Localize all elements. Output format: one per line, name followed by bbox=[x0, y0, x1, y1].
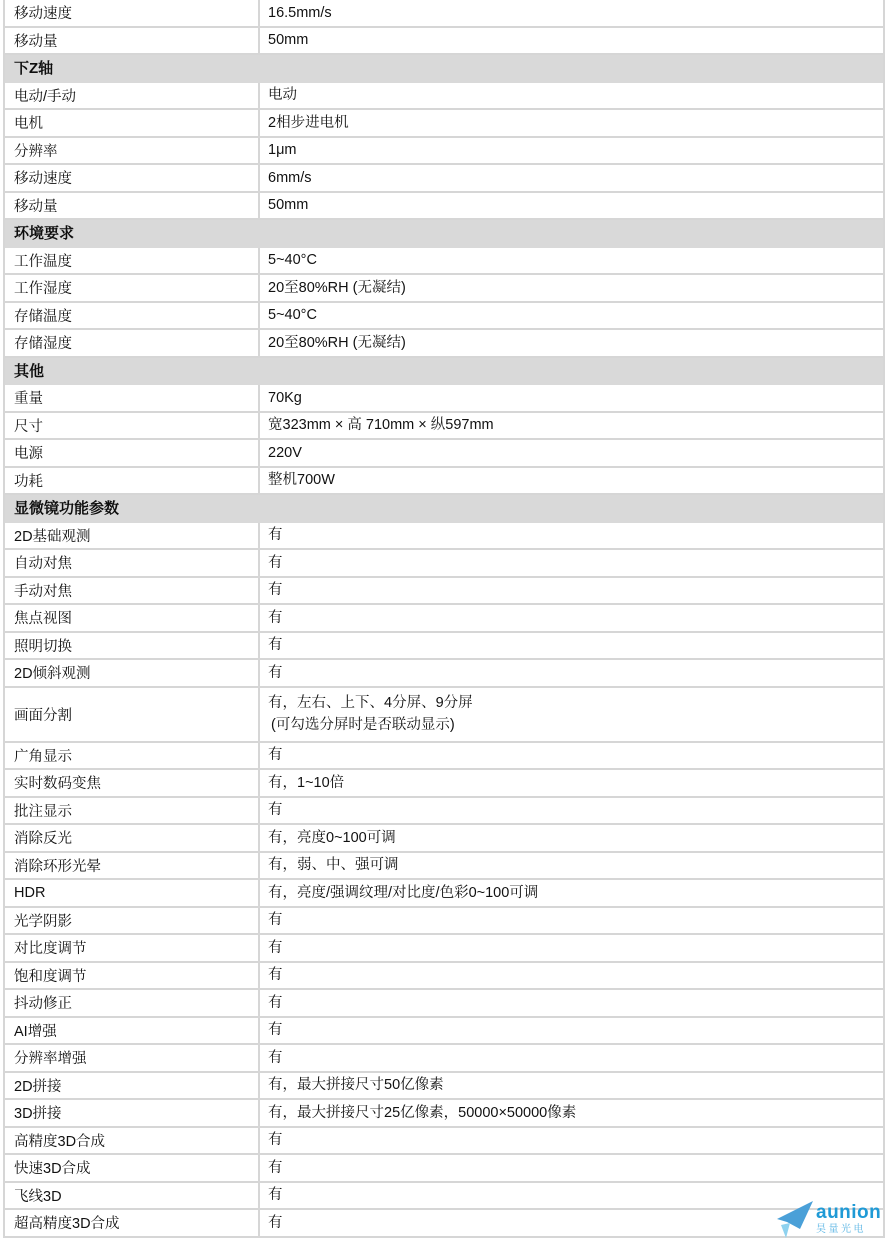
row-value: 有 bbox=[258, 660, 883, 686]
brand-company: 昊量光电 bbox=[816, 1225, 881, 1235]
row-value-text: 宽323mm × 高 710mm × 纵597mm bbox=[268, 414, 883, 436]
section-title: 其他 bbox=[5, 358, 883, 384]
row-value: 5~40°C bbox=[258, 248, 883, 274]
row-label: 自动对焦 bbox=[5, 550, 258, 576]
row-label: 快速3D合成 bbox=[5, 1155, 258, 1181]
row-value-text: 有 bbox=[268, 579, 883, 601]
table-row: 2D拼接有，最大拼接尺寸50亿像素 bbox=[5, 1073, 883, 1101]
row-value: 有 bbox=[258, 523, 883, 549]
row-label: 实时数码变焦 bbox=[5, 770, 258, 796]
table-row: 快速3D合成有 bbox=[5, 1155, 883, 1183]
row-value: 有 bbox=[258, 798, 883, 824]
row-value-text: 有 bbox=[268, 1157, 883, 1179]
row-value-text: 5~40°C bbox=[268, 249, 883, 271]
table-row: 存储温度5~40°C bbox=[5, 303, 883, 331]
row-value-text: 有 bbox=[268, 799, 883, 821]
row-value: 有 bbox=[258, 1155, 883, 1181]
row-value-text-line2: (可勾选分屏时是否联动显示) bbox=[268, 714, 883, 736]
row-label: 工作温度 bbox=[5, 248, 258, 274]
row-value-text: 有 bbox=[268, 909, 883, 931]
table-row: 2D基础观测有 bbox=[5, 523, 883, 551]
row-label: 2D倾斜观测 bbox=[5, 660, 258, 686]
row-value-text: 1μm bbox=[268, 139, 883, 161]
table-row: 工作温度5~40°C bbox=[5, 248, 883, 276]
row-value: 有，最大拼接尺寸50亿像素 bbox=[258, 1073, 883, 1099]
table-row: 消除环形光晕有，弱、中、强可调 bbox=[5, 853, 883, 881]
row-value-text: 有 bbox=[268, 1019, 883, 1041]
brand-logo: aunion 昊量光电 bbox=[776, 1195, 886, 1243]
row-value: 有 bbox=[258, 990, 883, 1016]
row-value-text: 有 bbox=[268, 524, 883, 546]
table-row: 功耗整机700W bbox=[5, 468, 883, 496]
row-value-text: 有，亮度/强调纹理/对比度/色彩0~100可调 bbox=[268, 882, 883, 904]
row-value-text: 有，最大拼接尺寸50亿像素 bbox=[268, 1074, 883, 1096]
row-value: 宽323mm × 高 710mm × 纵597mm bbox=[258, 413, 883, 439]
row-label: 高精度3D合成 bbox=[5, 1128, 258, 1154]
row-value: 5~40°C bbox=[258, 303, 883, 329]
table-row: 高精度3D合成有 bbox=[5, 1128, 883, 1156]
row-label: 移动量 bbox=[5, 193, 258, 219]
row-value-text: 2相步进电机 bbox=[268, 112, 883, 134]
row-value-text: 有 bbox=[268, 607, 883, 629]
row-value-text: 有，1~10倍 bbox=[268, 772, 883, 794]
row-label: 电机 bbox=[5, 110, 258, 136]
table-row: 分辨率1μm bbox=[5, 138, 883, 166]
table-row: 自动对焦有 bbox=[5, 550, 883, 578]
table-row: 电源220V bbox=[5, 440, 883, 468]
row-value: 电动 bbox=[258, 83, 883, 109]
table-row: 移动速度6mm/s bbox=[5, 165, 883, 193]
section-row: 环境要求 bbox=[5, 220, 883, 248]
table-row: 飞线3D有 bbox=[5, 1183, 883, 1211]
row-value-text: 50mm bbox=[268, 29, 883, 51]
table-row: 消除反光有，亮度0~100可调 bbox=[5, 825, 883, 853]
row-label: 移动速度 bbox=[5, 0, 258, 26]
row-value: 整机700W bbox=[258, 468, 883, 494]
row-value-text: 有，左右、上下、4分屏、9分屏 bbox=[268, 692, 883, 714]
row-label: 焦点视图 bbox=[5, 605, 258, 631]
table-row: 3D拼接有，最大拼接尺寸25亿像素，50000×50000像素 bbox=[5, 1100, 883, 1128]
row-value: 70Kg bbox=[258, 385, 883, 411]
table-row: 移动速度16.5mm/s bbox=[5, 0, 883, 28]
table-row: 画面分割有，左右、上下、4分屏、9分屏(可勾选分屏时是否联动显示) bbox=[5, 688, 883, 743]
row-value-text: 6mm/s bbox=[268, 167, 883, 189]
row-value-text: 220V bbox=[268, 442, 883, 464]
section-row: 显微镜功能参数 bbox=[5, 495, 883, 523]
table-row: 实时数码变焦有，1~10倍 bbox=[5, 770, 883, 798]
table-row: 饱和度调节有 bbox=[5, 963, 883, 991]
row-value: 有 bbox=[258, 743, 883, 769]
row-value-text: 有 bbox=[268, 744, 883, 766]
row-label: 光学阴影 bbox=[5, 908, 258, 934]
row-value: 50mm bbox=[258, 28, 883, 54]
table-row: 移动量50mm bbox=[5, 193, 883, 221]
row-label: 电动/手动 bbox=[5, 83, 258, 109]
paper-plane-icon bbox=[776, 1198, 814, 1240]
section-title: 显微镜功能参数 bbox=[5, 495, 883, 521]
row-label: 消除反光 bbox=[5, 825, 258, 851]
row-value-text: 5~40°C bbox=[268, 304, 883, 326]
row-value-text: 有 bbox=[268, 992, 883, 1014]
row-value: 有，左右、上下、4分屏、9分屏(可勾选分屏时是否联动显示) bbox=[258, 688, 883, 741]
row-label: 照明切换 bbox=[5, 633, 258, 659]
row-label: HDR bbox=[5, 880, 258, 906]
row-value: 有 bbox=[258, 1018, 883, 1044]
row-value: 6mm/s bbox=[258, 165, 883, 191]
table-row: HDR有，亮度/强调纹理/对比度/色彩0~100可调 bbox=[5, 880, 883, 908]
row-label: 3D拼接 bbox=[5, 1100, 258, 1126]
table-row: 焦点视图有 bbox=[5, 605, 883, 633]
row-label: 重量 bbox=[5, 385, 258, 411]
row-label: 超高精度3D合成 bbox=[5, 1210, 258, 1236]
row-label: 存储温度 bbox=[5, 303, 258, 329]
row-label: 手动对焦 bbox=[5, 578, 258, 604]
row-value: 有，亮度/强调纹理/对比度/色彩0~100可调 bbox=[258, 880, 883, 906]
row-value: 220V bbox=[258, 440, 883, 466]
row-label: 电源 bbox=[5, 440, 258, 466]
row-value-text: 有，弱、中、强可调 bbox=[268, 854, 883, 876]
row-value: 有，亮度0~100可调 bbox=[258, 825, 883, 851]
row-label: 批注显示 bbox=[5, 798, 258, 824]
row-value: 有 bbox=[258, 633, 883, 659]
table-row: 分辨率增强有 bbox=[5, 1045, 883, 1073]
row-value: 2相步进电机 bbox=[258, 110, 883, 136]
row-label: 消除环形光晕 bbox=[5, 853, 258, 879]
row-value: 有 bbox=[258, 605, 883, 631]
row-label: 2D拼接 bbox=[5, 1073, 258, 1099]
row-value-text: 16.5mm/s bbox=[268, 2, 883, 24]
row-value: 50mm bbox=[258, 193, 883, 219]
row-value: 有，弱、中、强可调 bbox=[258, 853, 883, 879]
table-row: 工作湿度20至80%RH (无凝结) bbox=[5, 275, 883, 303]
row-value-text: 20至80%RH (无凝结) bbox=[268, 332, 883, 354]
row-value: 16.5mm/s bbox=[258, 0, 883, 26]
table-row: 对比度调节有 bbox=[5, 935, 883, 963]
table-row: 存储湿度20至80%RH (无凝结) bbox=[5, 330, 883, 358]
row-value-text: 有 bbox=[268, 634, 883, 656]
row-value-text: 有 bbox=[268, 964, 883, 986]
row-value-text: 有，最大拼接尺寸25亿像素，50000×50000像素 bbox=[268, 1102, 883, 1124]
row-value: 有 bbox=[258, 935, 883, 961]
spec-table: 移动速度16.5mm/s移动量50mm下Z轴电动/手动电动电机2相步进电机分辨率… bbox=[3, 0, 885, 1238]
section-title: 环境要求 bbox=[5, 220, 883, 246]
table-row: 重量70Kg bbox=[5, 385, 883, 413]
row-label: 尺寸 bbox=[5, 413, 258, 439]
row-value: 20至80%RH (无凝结) bbox=[258, 330, 883, 356]
table-row: 照明切换有 bbox=[5, 633, 883, 661]
section-row: 下Z轴 bbox=[5, 55, 883, 83]
table-row: 超高精度3D合成有 bbox=[5, 1210, 883, 1238]
row-value-text: 有 bbox=[268, 1047, 883, 1069]
logo-text: aunion 昊量光电 bbox=[816, 1203, 881, 1235]
row-value: 有 bbox=[258, 908, 883, 934]
row-value-text: 有 bbox=[268, 937, 883, 959]
table-row: 光学阴影有 bbox=[5, 908, 883, 936]
row-label: 分辨率增强 bbox=[5, 1045, 258, 1071]
row-label: 分辨率 bbox=[5, 138, 258, 164]
table-row: 尺寸宽323mm × 高 710mm × 纵597mm bbox=[5, 413, 883, 441]
row-label: 抖动修正 bbox=[5, 990, 258, 1016]
row-label: 飞线3D bbox=[5, 1183, 258, 1209]
table-row: 2D倾斜观测有 bbox=[5, 660, 883, 688]
row-value: 有 bbox=[258, 578, 883, 604]
row-label: 存储湿度 bbox=[5, 330, 258, 356]
table-row: 广角显示有 bbox=[5, 743, 883, 771]
row-value-text: 整机700W bbox=[268, 469, 883, 491]
section-row: 其他 bbox=[5, 358, 883, 386]
row-label: 画面分割 bbox=[5, 688, 258, 741]
table-row: 电机2相步进电机 bbox=[5, 110, 883, 138]
section-title: 下Z轴 bbox=[5, 55, 883, 81]
row-label: 功耗 bbox=[5, 468, 258, 494]
row-value: 有，1~10倍 bbox=[258, 770, 883, 796]
table-row: 批注显示有 bbox=[5, 798, 883, 826]
row-value-text: 有 bbox=[268, 662, 883, 684]
row-value-text: 电动 bbox=[268, 84, 883, 106]
table-row: AI增强有 bbox=[5, 1018, 883, 1046]
table-row: 手动对焦有 bbox=[5, 578, 883, 606]
row-value: 有 bbox=[258, 963, 883, 989]
row-label: 2D基础观测 bbox=[5, 523, 258, 549]
table-row: 抖动修正有 bbox=[5, 990, 883, 1018]
row-label: 工作湿度 bbox=[5, 275, 258, 301]
row-value-text: 有，亮度0~100可调 bbox=[268, 827, 883, 849]
row-label: 广角显示 bbox=[5, 743, 258, 769]
row-value: 有 bbox=[258, 1128, 883, 1154]
row-label: 移动量 bbox=[5, 28, 258, 54]
row-value-text: 50mm bbox=[268, 194, 883, 216]
row-value-text: 70Kg bbox=[268, 387, 883, 409]
row-value-text: 有 bbox=[268, 552, 883, 574]
brand-name: aunion bbox=[816, 1203, 881, 1222]
row-label: 移动速度 bbox=[5, 165, 258, 191]
row-value: 有，最大拼接尺寸25亿像素，50000×50000像素 bbox=[258, 1100, 883, 1126]
row-label: 饱和度调节 bbox=[5, 963, 258, 989]
row-value: 有 bbox=[258, 550, 883, 576]
row-value-text: 有 bbox=[268, 1129, 883, 1151]
row-value: 有 bbox=[258, 1045, 883, 1071]
table-row: 移动量50mm bbox=[5, 28, 883, 56]
row-value: 1μm bbox=[258, 138, 883, 164]
row-label: 对比度调节 bbox=[5, 935, 258, 961]
row-label: AI增强 bbox=[5, 1018, 258, 1044]
table-row: 电动/手动电动 bbox=[5, 83, 883, 111]
row-value: 20至80%RH (无凝结) bbox=[258, 275, 883, 301]
row-value-text: 20至80%RH (无凝结) bbox=[268, 277, 883, 299]
